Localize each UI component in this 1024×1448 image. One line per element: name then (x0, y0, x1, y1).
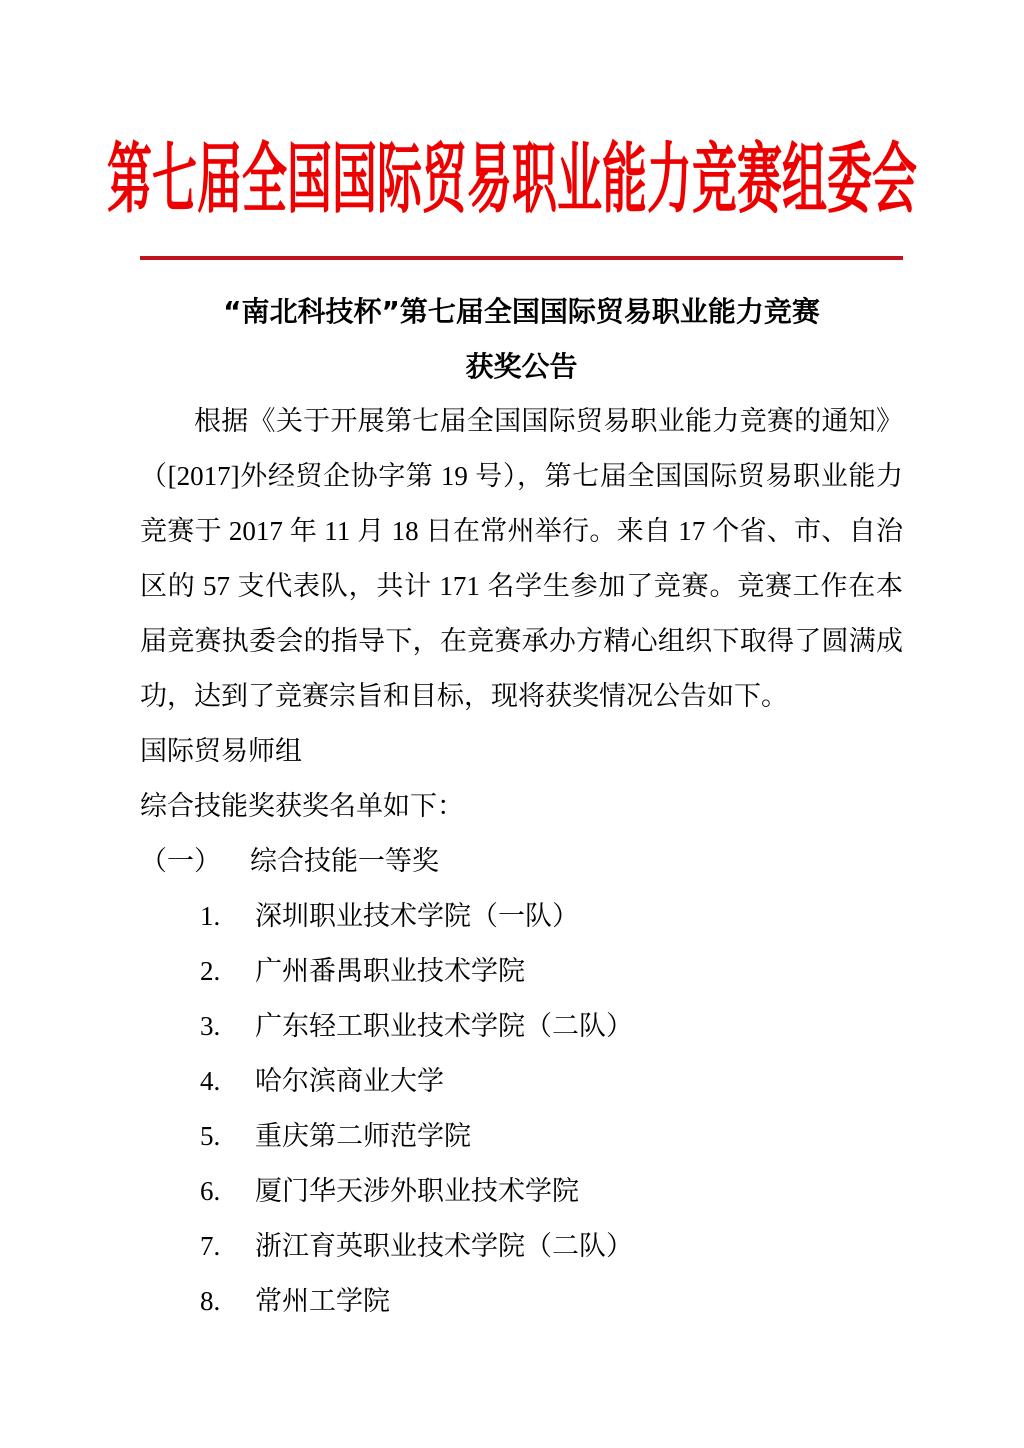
list-item-school: 常州工学院 (255, 1286, 390, 1316)
red-divider-rule (140, 256, 903, 260)
document-body: “南北科技杯”第七届全国国际贸易职业能力竞赛 获奖公告 根据《关于开展第七届全国… (140, 284, 903, 1329)
document-page: 第七届全国国际贸易职业能力竞赛组委会 “南北科技杯”第七届全国国际贸易职业能力竞… (0, 0, 1024, 1448)
list-item-school: 重庆第二师范学院 (255, 1121, 471, 1151)
award-category-heading: （一）综合技能一等奖 (140, 834, 903, 889)
org-header-title: 第七届全国国际贸易职业能力竞赛组委会 (60, 155, 964, 205)
list-item-number: 7. (200, 1219, 255, 1274)
list-item: 4.哈尔滨商业大学 (140, 1054, 903, 1109)
list-item-school: 浙江育英职业技术学院（二队） (255, 1231, 633, 1261)
group-heading: 国际贸易师组 (140, 724, 903, 779)
list-item: 2.广州番禺职业技术学院 (140, 944, 903, 999)
list-item: 6.厦门华天涉外职业技术学院 (140, 1164, 903, 1219)
list-item-number: 3. (200, 999, 255, 1054)
list-item: 5.重庆第二师范学院 (140, 1109, 903, 1164)
document-title-line2: 获奖公告 (140, 339, 903, 394)
list-item-number: 5. (200, 1109, 255, 1164)
document-title-line1: “南北科技杯”第七届全国国际贸易职业能力竞赛 (140, 284, 903, 339)
list-item-number: 2. (200, 944, 255, 999)
winner-list: 1.深圳职业技术学院（一队）2.广州番禺职业技术学院3.广东轻工职业技术学院（二… (140, 889, 903, 1329)
list-intro-heading: 综合技能奖获奖名单如下： (140, 779, 903, 834)
list-item-number: 8. (200, 1274, 255, 1329)
list-item: 7.浙江育英职业技术学院（二队） (140, 1219, 903, 1274)
list-item-number: 6. (200, 1164, 255, 1219)
list-item: 8.常州工学院 (140, 1274, 903, 1329)
list-item-number: 1. (200, 889, 255, 944)
list-item-school: 广州番禺职业技术学院 (255, 956, 525, 986)
list-item: 3.广东轻工职业技术学院（二队） (140, 999, 903, 1054)
award-category-label: 综合技能一等奖 (250, 846, 439, 876)
list-item-school: 广东轻工职业技术学院（二队） (255, 1011, 633, 1041)
award-category-number: （一） (140, 834, 250, 889)
list-item-school: 厦门华天涉外职业技术学院 (255, 1176, 579, 1206)
intro-paragraph: 根据《关于开展第七届全国国际贸易职业能力竞赛的通知》（[2017]外经贸企协字第… (140, 394, 903, 724)
list-item: 1.深圳职业技术学院（一队） (140, 889, 903, 944)
list-item-school: 哈尔滨商业大学 (255, 1066, 444, 1096)
list-item-school: 深圳职业技术学院（一队） (255, 901, 579, 931)
org-header-title-text: 第七届全国国际贸易职业能力竞赛组委会 (107, 138, 917, 223)
list-item-number: 4. (200, 1054, 255, 1109)
